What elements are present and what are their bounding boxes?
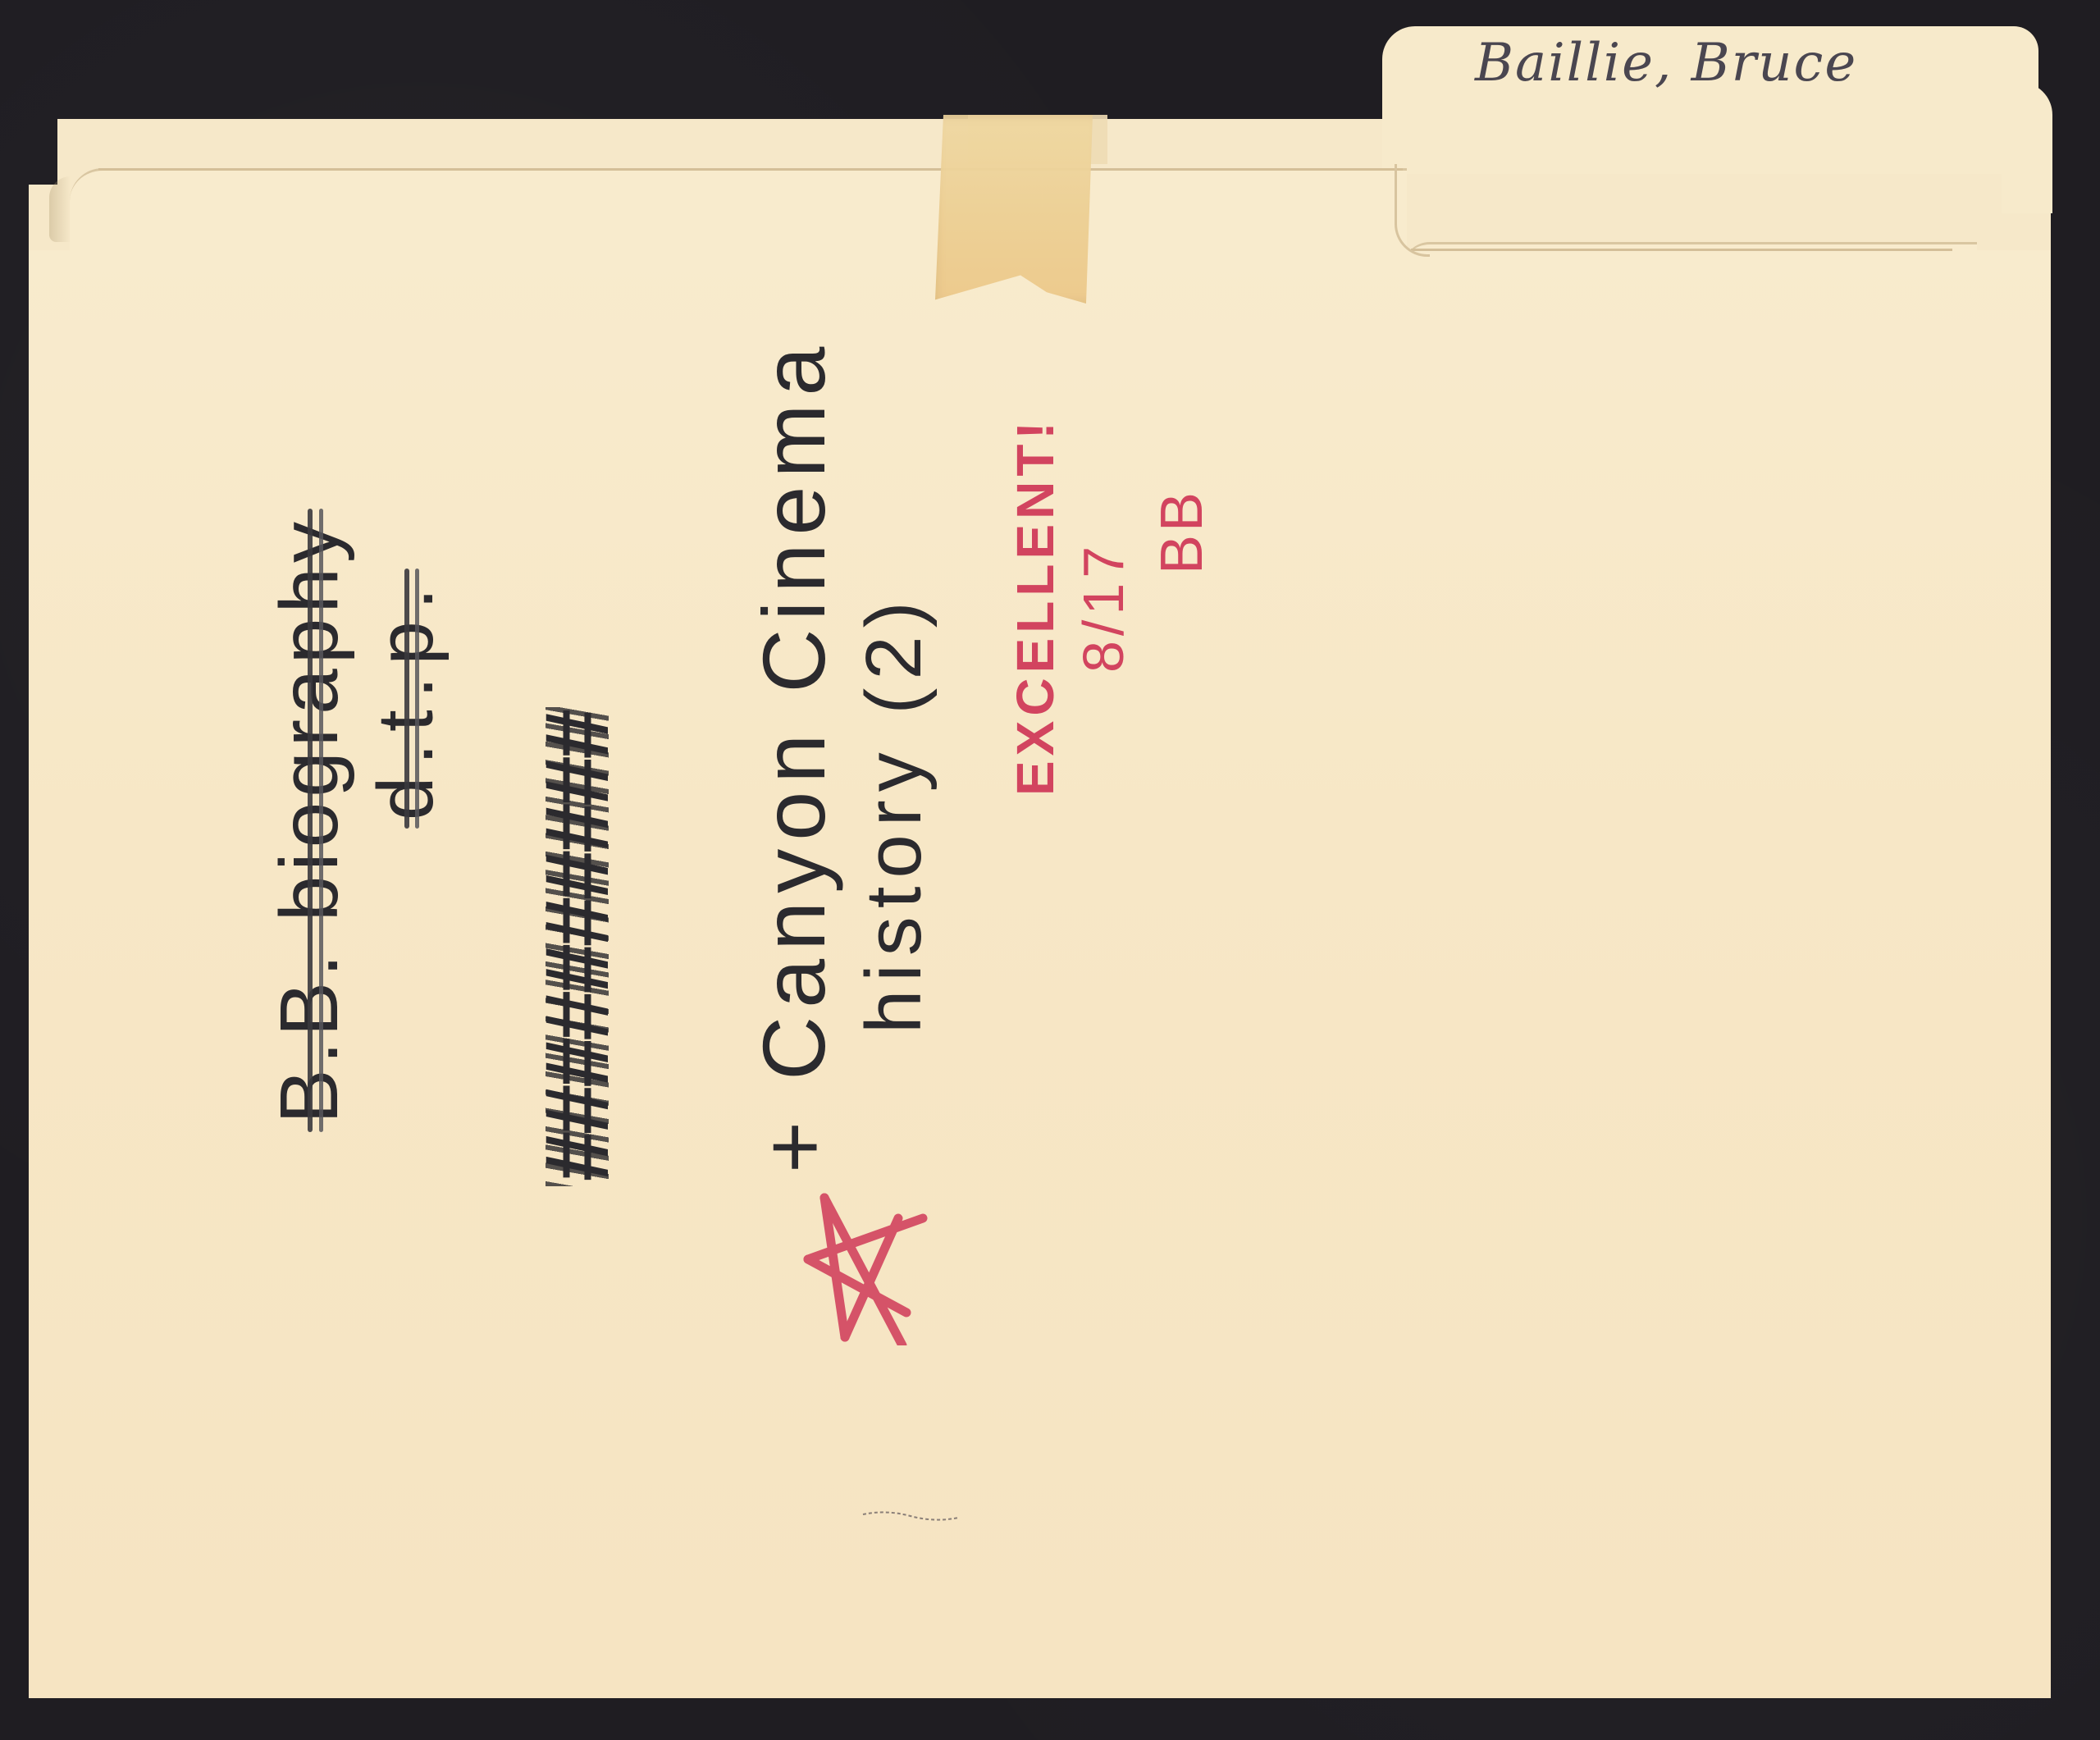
folder-crease-line-right — [1411, 249, 1952, 251]
note-dtp: d.t.p. — [361, 577, 451, 820]
folder-front-top-edge — [70, 168, 1407, 261]
folder-label-text: Baillie, Bruce — [1475, 33, 1857, 94]
folder-tab-seam — [1395, 164, 1430, 257]
note-date: 8/17 — [1071, 541, 1136, 673]
dtp-text: d.t.p. — [361, 577, 451, 820]
note-scribbled-out: ########## — [525, 712, 629, 1181]
folder-crease-line — [98, 168, 1403, 171]
pencil-smudge — [861, 1509, 960, 1521]
note-history: history (2) — [849, 593, 939, 1034]
folder-fold-shadow — [49, 176, 71, 242]
note-excellent: EXCELLENT! — [1005, 417, 1066, 796]
masking-tape — [935, 115, 1099, 304]
note-canyon-cinema: + Canyon Cinema — [742, 339, 845, 1173]
biography-text: B.B. biography — [262, 517, 357, 1124]
folder-label-tab-shoulder — [2002, 82, 2052, 213]
red-star-icon — [800, 1181, 931, 1345]
note-biography: B.B. biography — [262, 517, 357, 1124]
note-initials: BB — [1148, 489, 1216, 574]
scribbled-text: ########## — [525, 712, 629, 1181]
